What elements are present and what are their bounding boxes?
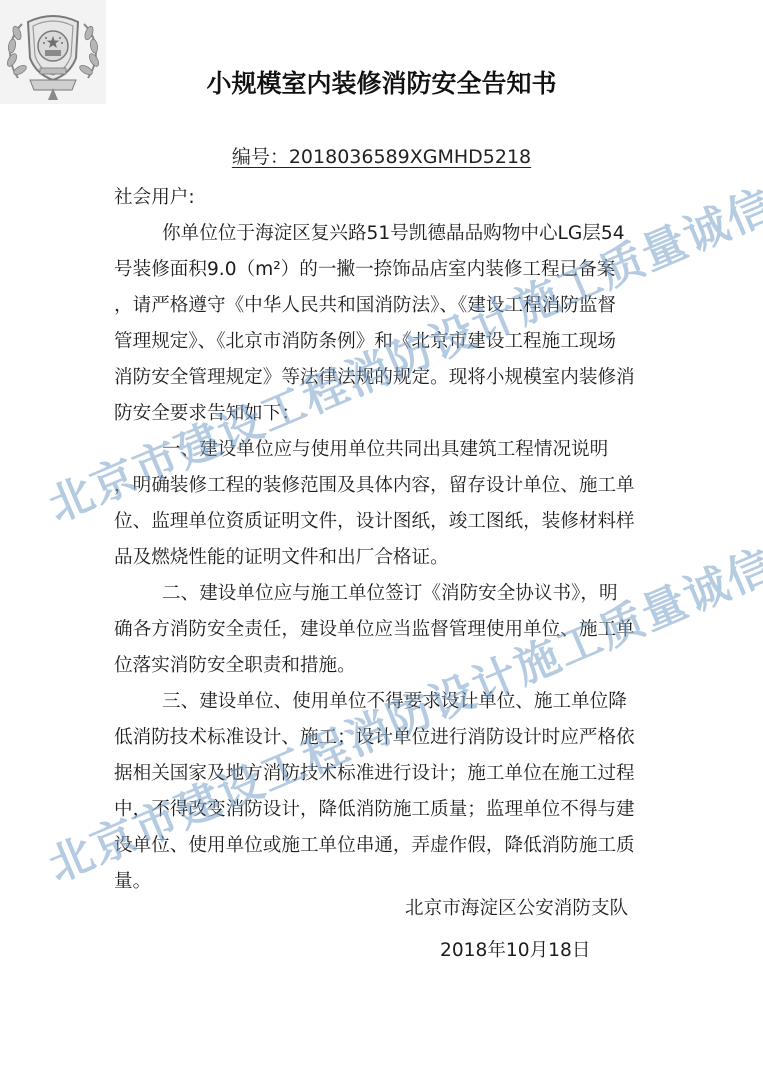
serial-number: 编号：2018036589XGMHD5218	[0, 142, 763, 169]
salutation: 社会用户:	[114, 186, 195, 210]
intro-line: 你单位位于海淀区复兴路51号凯德晶品购物中心LG层54	[162, 222, 625, 246]
serial-number-text: 编号：2018036589XGMHD5218	[232, 146, 531, 168]
item1-line: 位、监理单位资质证明文件，设计图纸，竣工图纸，装修材料样	[114, 510, 635, 534]
item1-line: 品及燃烧性能的证明文件和出厂合格证。	[114, 546, 449, 570]
issue-date: 2018年10月18日	[440, 936, 590, 962]
item2-line: 二、建设单位应与施工单位签订《消防安全协议书》，明	[162, 582, 618, 606]
issuer: 北京市海淀区公安消防支队	[405, 894, 628, 920]
item2-line: 位落实消防安全职责和措施。	[114, 654, 356, 678]
document-title: 小规模室内装修消防安全告知书	[0, 64, 763, 100]
item3-line: 量。	[114, 870, 151, 894]
